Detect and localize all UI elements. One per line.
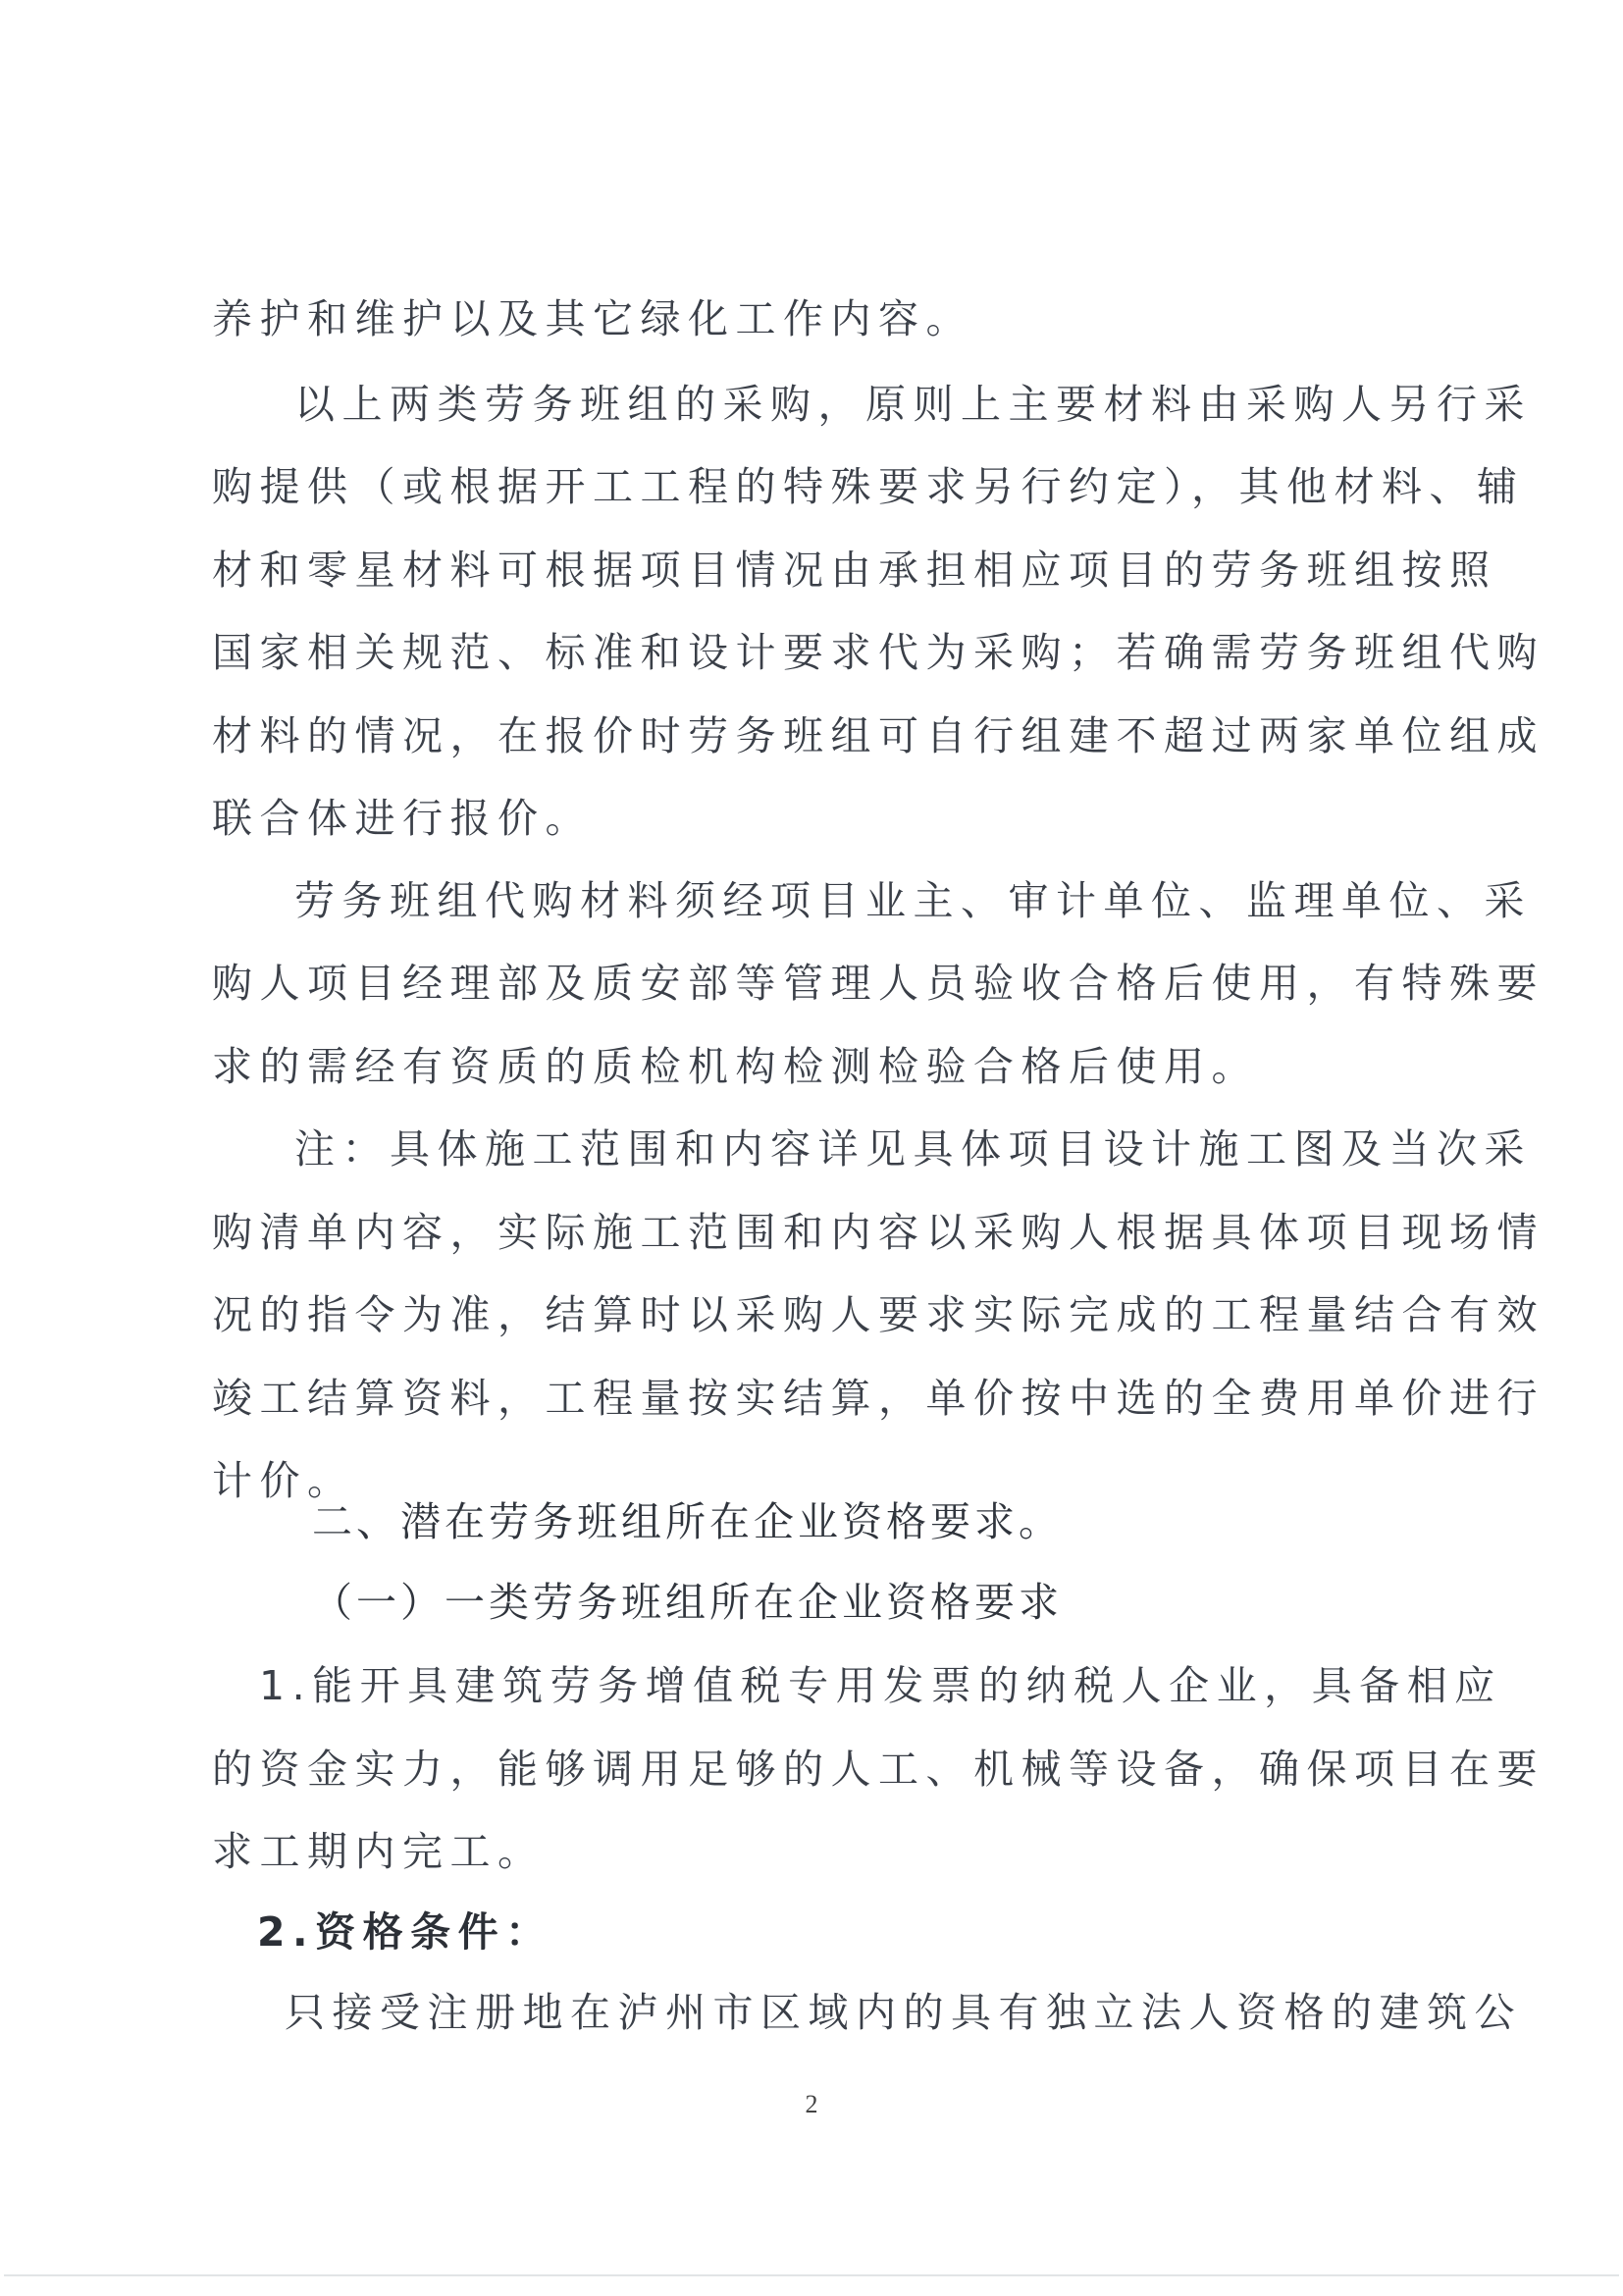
- subsection-heading: （一）一类劳务班组所在企业资格要求: [312, 1578, 1063, 1627]
- paragraph-line: 况的指令为准，结算时以采购人要求实际完成的工程量结合有效: [212, 1290, 1544, 1339]
- paragraph-line: 联合体进行报价。: [212, 794, 593, 843]
- item1-line2: 的资金实力，能够调用足够的人工、机械等设备，确保项目在要: [212, 1745, 1544, 1794]
- paragraph-line: 购提供（或根据开工工程的特殊要求另行约定），其他材料、辅: [212, 462, 1525, 511]
- paragraph-line: 竣工结算资料，工程量按实结算，单价按中选的全费用单价进行: [212, 1374, 1544, 1423]
- paragraph-line: 材料的情况，在报价时劳务班组可自行组建不超过两家单位组成: [212, 711, 1544, 760]
- item1-line3: 求工期内完工。: [212, 1827, 546, 1876]
- paragraph-line: 养护和维护以及其它绿化工作内容。: [212, 294, 973, 343]
- item1-line1: 1.能开具建筑劳务增值税专用发票的纳税人企业，具备相应: [259, 1661, 1502, 1710]
- paragraph-line: 劳务班组代购材料须经项目业主、审计单位、监理单位、采: [294, 876, 1532, 925]
- page-number: 2: [0, 2090, 1623, 2119]
- scan-edge-line: [4, 2274, 1619, 2276]
- item2-label: 2.资格条件：: [257, 1907, 553, 1957]
- paragraph-line: 以上两类劳务班组的采购，原则上主要材料由采购人另行采: [294, 380, 1532, 429]
- paragraph-line: 购人项目经理部及质安部等管理人员验收合格后使用，有特殊要: [212, 959, 1544, 1008]
- section-heading: 二、潜在劳务班组所在企业资格要求。: [312, 1497, 1063, 1546]
- paragraph-line: 国家相关规范、标准和设计要求代为采购；若确需劳务班组代购: [212, 628, 1544, 677]
- paragraph-line: 注：具体施工范围和内容详见具体项目设计施工图及当次采: [294, 1124, 1532, 1174]
- paragraph-line: 材和零星材料可根据项目情况由承担相应项目的劳务班组按照: [212, 546, 1497, 595]
- paragraph-line: 购清单内容，实际施工范围和内容以采购人根据具体项目现场情: [212, 1208, 1544, 1257]
- paragraph-line: 求的需经有资质的质检机构检测检验合格后使用。: [212, 1042, 1259, 1091]
- item2-text: 只接受注册地在泸州市区域内的具有独立法人资格的建筑公: [285, 1988, 1522, 2037]
- document-page: 养护和维护以及其它绿化工作内容。以上两类劳务班组的采购，原则上主要材料由采购人另…: [0, 0, 1623, 2296]
